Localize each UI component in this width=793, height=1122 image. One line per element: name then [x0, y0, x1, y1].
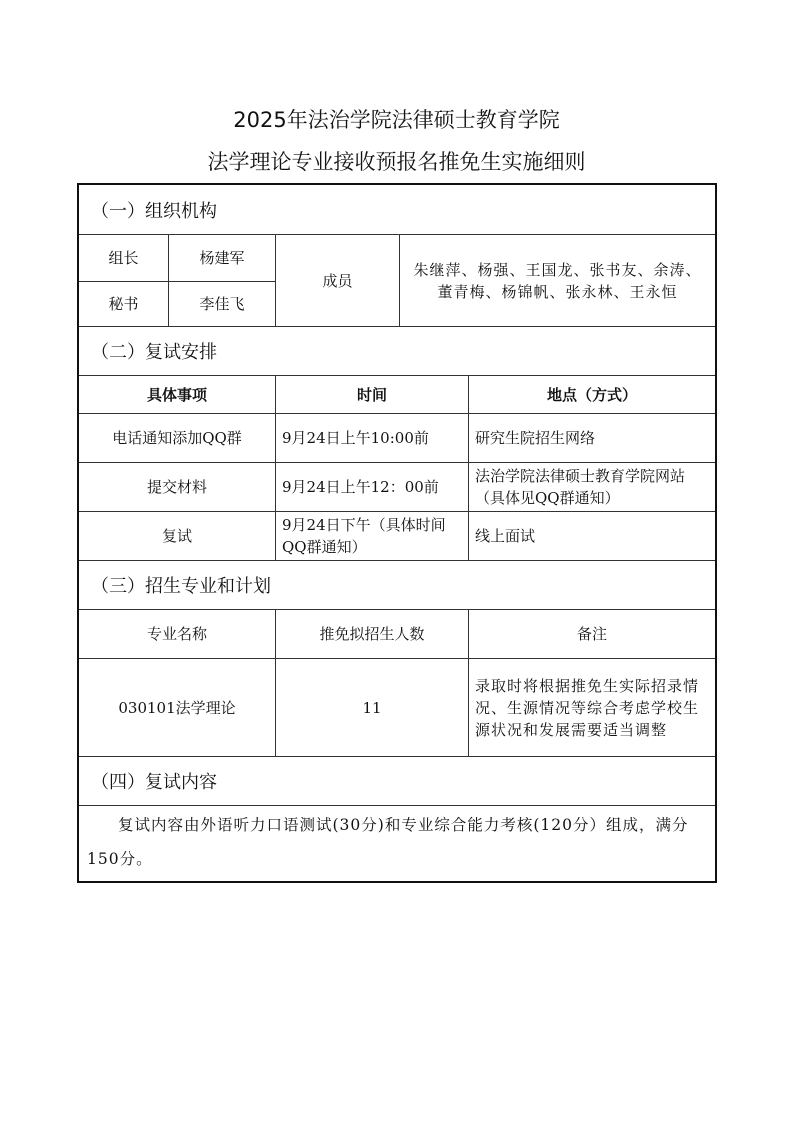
secretary-label: 秘书: [79, 282, 168, 327]
plan-count: 11: [275, 659, 468, 756]
org-row: 组长 杨建军 秘书 李佳飞 成员 朱继萍、杨强、王国龙、张书友、余涛、董青梅、杨…: [79, 234, 715, 326]
schedule-row: 复试 9月24日下午（具体时间QQ群通知） 线上面试: [79, 511, 715, 560]
section4-heading: （四）复试内容: [79, 756, 715, 805]
rules-table: （一）组织机构 组长 杨建军 秘书 李佳飞 成员 朱继萍、杨强、王国龙、张书友、…: [77, 183, 717, 883]
section4-content: 复试内容由外语听力口语测试(30分)和专业综合能力考核(120分）组成，满分15…: [79, 806, 715, 876]
section2-heading: （二）复试安排: [79, 326, 715, 375]
leader-label: 组长: [79, 235, 168, 281]
leader-name: 杨建军: [168, 235, 275, 281]
schedule-item: 电话通知添加QQ群: [79, 414, 275, 462]
secretary-name: 李佳飞: [168, 282, 275, 327]
plan-header-row: 专业名称 推免拟招生人数 备注: [79, 609, 715, 658]
schedule-row: 电话通知添加QQ群 9月24日上午10:00前 研究生院招生网络: [79, 413, 715, 462]
col-item: 具体事项: [79, 376, 275, 413]
schedule-place: 线上面试: [468, 512, 715, 560]
col-major: 专业名称: [79, 610, 275, 658]
members-label: 成员: [275, 235, 399, 326]
section1-heading: （一）组织机构: [79, 185, 715, 234]
schedule-place: 法治学院法律硕士教育学院网站（具体见QQ群通知）: [468, 463, 715, 511]
section3-heading: （三）招生专业和计划: [79, 560, 715, 609]
document-title-line2: 法学理论专业接收预报名推免生实施细则: [0, 146, 793, 176]
col-count: 推免拟招生人数: [275, 610, 468, 658]
schedule-item: 提交材料: [79, 463, 275, 511]
plan-note: 录取时将根据推免生实际招录情况、生源情况等综合考虑学校生源状况和发展需要适当调整: [468, 659, 715, 756]
plan-row: 030101法学理论 11 录取时将根据推免生实际招录情况、生源情况等综合考虑学…: [79, 658, 715, 756]
schedule-time: 9月24日上午12：00前: [275, 463, 468, 511]
schedule-time: 9月24日下午（具体时间QQ群通知）: [275, 512, 468, 560]
schedule-place: 研究生院招生网络: [468, 414, 715, 462]
col-place: 地点（方式）: [468, 376, 715, 413]
members-list: 朱继萍、杨强、王国龙、张书友、余涛、董青梅、杨锦帆、张永林、王永恒: [399, 235, 715, 326]
schedule-time: 9月24日上午10:00前: [275, 414, 468, 462]
schedule-row: 提交材料 9月24日上午12：00前 法治学院法律硕士教育学院网站（具体见QQ群…: [79, 462, 715, 511]
col-note: 备注: [468, 610, 715, 658]
document-title-line1: 2025年法治学院法律硕士教育学院: [0, 104, 793, 134]
schedule-header-row: 具体事项 时间 地点（方式）: [79, 375, 715, 413]
schedule-item: 复试: [79, 512, 275, 560]
plan-major: 030101法学理论: [79, 659, 275, 756]
section4-body: 复试内容由外语听力口语测试(30分)和专业综合能力考核(120分）组成，满分15…: [79, 805, 715, 881]
col-time: 时间: [275, 376, 468, 413]
